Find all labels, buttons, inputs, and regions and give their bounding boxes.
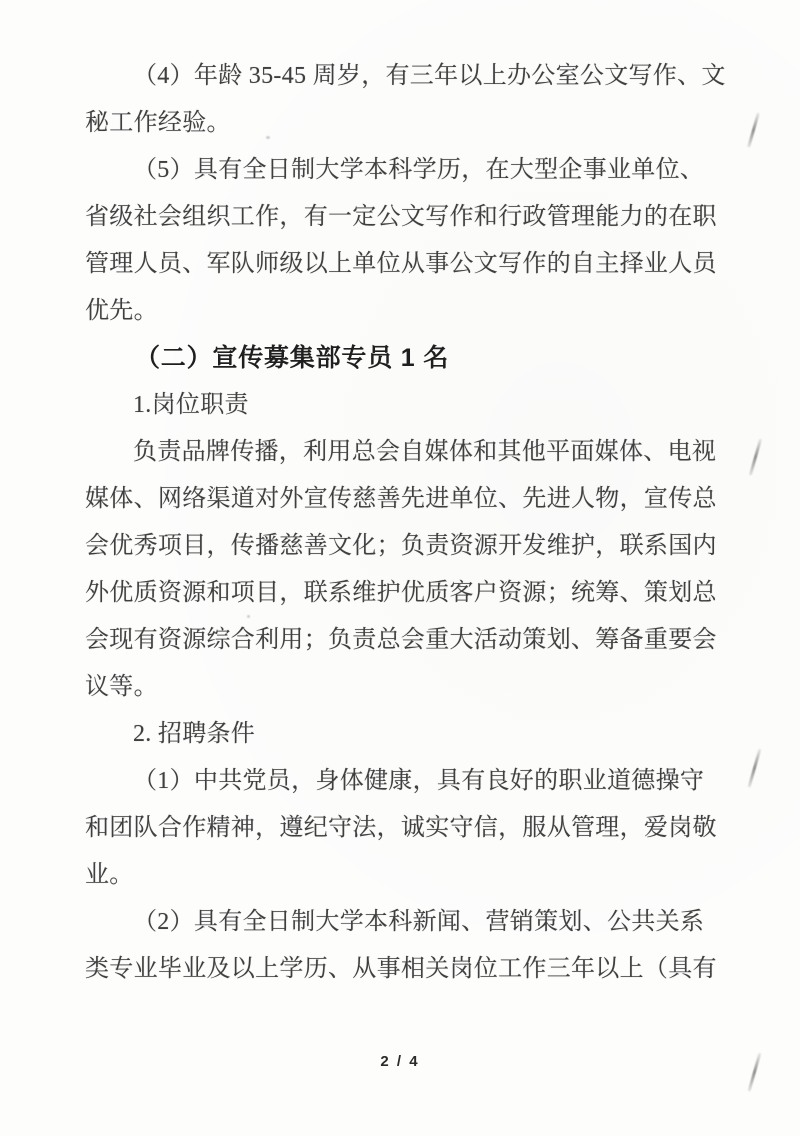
text-line: 外优质资源和项目，联系维护优质客户资源；统筹、策划总 — [85, 570, 717, 617]
text-line: 议等。 — [85, 664, 717, 711]
text-line: 优先。 — [85, 288, 717, 335]
text-line: （5）具有全日制大学本科学历，在大型企事业单位、 — [85, 147, 717, 194]
text-line: 2. 招聘条件 — [85, 711, 717, 758]
text-line: 类专业毕业及以上学历、从事相关岗位工作三年以上（具有 — [85, 946, 717, 993]
document-page: （4）年龄 35-45 周岁，有三年以上办公室公文写作、文秘工作经验。（5）具有… — [0, 0, 800, 1136]
text-line: 媒体、网络渠道对外宣传慈善先进单位、先进人物，宣传总 — [85, 476, 717, 523]
scan-speck — [266, 136, 270, 139]
text-line: 会现有资源综合利用；负责总会重大活动策划、筹备重要会 — [85, 617, 717, 664]
text-line: 省级社会组织工作，有一定公文写作和行政管理能力的在职 — [85, 194, 717, 241]
text-line: 1.岗位职责 — [85, 382, 717, 429]
scan-artifact-mark — [747, 112, 759, 147]
text-line: 管理人员、军队师级以上单位从事公文写作的自主择业人员 — [85, 241, 717, 288]
text-line: 负责品牌传播，利用总会自媒体和其他平面媒体、电视 — [85, 429, 717, 476]
text-line: （4）年龄 35-45 周岁，有三年以上办公室公文写作、文 — [85, 53, 717, 100]
text-line: （2）具有全日制大学本科新闻、营销策划、公共关系 — [85, 899, 717, 946]
text-line: 业。 — [85, 852, 717, 899]
page-number: 2 / 4 — [0, 1053, 800, 1070]
text-line: （1）中共党员，身体健康，具有良好的职业道德操守 — [85, 758, 717, 805]
scan-artifact-mark — [749, 438, 762, 475]
scan-speck — [247, 615, 250, 618]
document-lines: （4）年龄 35-45 周岁，有三年以上办公室公文写作、文秘工作经验。（5）具有… — [85, 53, 717, 993]
scan-artifact-mark — [748, 748, 761, 787]
section-heading: （二）宣传募集部专员 1 名 — [85, 335, 717, 382]
text-line: 和团队合作精神，遵纪守法，诚实守信，服从管理，爱岗敬 — [85, 805, 717, 852]
text-line: 秘工作经验。 — [85, 100, 717, 147]
text-line: 会优秀项目，传播慈善文化；负责资源开发维护，联系国内 — [85, 523, 717, 570]
